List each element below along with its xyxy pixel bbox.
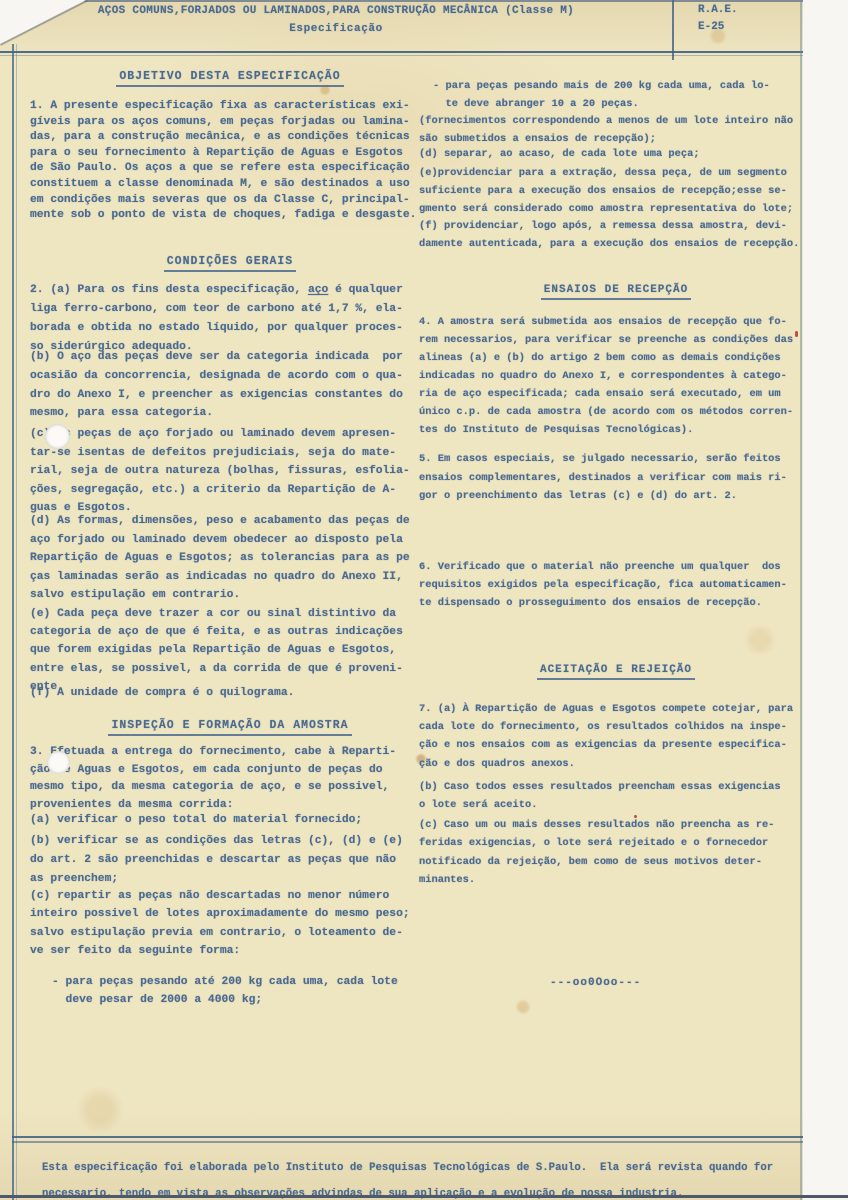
heading-underline: OBJETIVO DESTA ESPECIFICAÇÃO bbox=[116, 70, 343, 87]
paragraph-3e: (e)providenciar para a extração, dessa p… bbox=[419, 165, 811, 218]
lot-rule-item-2: - para peças pesando mais de 200 kg cada… bbox=[433, 78, 825, 113]
paragraph-3f: (f) providenciar, logo após, a remessa d… bbox=[419, 218, 811, 253]
document-subtitle: Especificação bbox=[0, 23, 672, 35]
paragraph-3d: (d) separar, ao acaso, de cada lote uma … bbox=[419, 148, 811, 160]
paragraph-3: 3. Efetuada a entrega do fornecimento, c… bbox=[30, 744, 430, 814]
paragraph-2a-pre: 2. (a) Para os fins desta especificação, bbox=[30, 284, 308, 296]
paragraph-2f: (f) A unidade de compra é o quilograma. bbox=[30, 687, 430, 699]
reference-code-number: E-25 bbox=[698, 21, 724, 33]
heading-underline: CONDIÇÕES GERAIS bbox=[164, 255, 296, 272]
section-heading-aceitacao: ACEITAÇÃO E REJEIÇÃO bbox=[420, 664, 812, 676]
paragraph-3c: (c) repartir as peças não descartadas no… bbox=[30, 887, 430, 961]
lot-rule-item-1: - para peças pesando até 200 kg cada uma… bbox=[52, 973, 452, 1009]
paragraph-4: 4. A amostra será submetida aos ensaios … bbox=[419, 313, 811, 439]
header-rule bbox=[0, 51, 803, 53]
section-heading-ensaios: ENSAIOS DE RECEPÇÃO bbox=[420, 284, 812, 296]
section-heading-objetivo: OBJETIVO DESTA ESPECIFICAÇÃO bbox=[30, 70, 430, 83]
paragraph-3b: (b) verificar se as condições das letras… bbox=[30, 832, 430, 888]
paragraph-2d: (d) As formas, dimensões, peso e acabame… bbox=[30, 512, 430, 605]
footer-rule-bottom bbox=[12, 1141, 803, 1143]
paragraph-6: 6. Verificado que o material não preench… bbox=[419, 558, 811, 612]
paragraph-2c: (c) As peças de aço forjado ou laminado … bbox=[30, 425, 430, 518]
footer-note: Esta especificação foi elaborada pelo In… bbox=[42, 1155, 773, 1200]
paragraph-2b: (b) O aço das peças deve ser da categori… bbox=[30, 348, 430, 423]
paragraph-fornecimentos: (fornecimentos correspondendo a menos de… bbox=[419, 113, 811, 148]
paragraph-5: 5. Em casos especiais, se julgado necess… bbox=[419, 450, 811, 506]
paragraph-7a: 7. (a) À Repartição de Aguas e Esgotos c… bbox=[419, 700, 811, 773]
heading-underline: ACEITAÇÃO E REJEIÇÃO bbox=[537, 664, 695, 680]
header-rule-echo bbox=[0, 55, 803, 56]
punch-hole bbox=[47, 751, 70, 774]
paragraph-7b: (b) Caso todos esses resultados preencha… bbox=[419, 779, 811, 814]
document-title: AÇOS COMUNS,FORJADOS OU LAMINADOS,PARA C… bbox=[0, 5, 672, 17]
underlined-term-aco: aço bbox=[308, 284, 328, 296]
section-heading-inspecao: INSPEÇÃO E FORMAÇÃO DA AMOSTRA bbox=[30, 719, 430, 732]
paragraph-1: 1. A presente especificação fixa as cara… bbox=[30, 99, 430, 224]
ink-speck bbox=[795, 331, 798, 337]
footer-rule-top bbox=[12, 1136, 803, 1138]
reference-code-rae: R.A.E. bbox=[698, 4, 738, 16]
punch-hole bbox=[45, 424, 70, 449]
paragraph-7c: (c) Caso um ou mais desses resultados nã… bbox=[419, 816, 811, 890]
paragraph-2a: 2. (a) Para os fins desta especificação,… bbox=[30, 281, 430, 357]
heading-underline: ENSAIOS DE RECEPÇÃO bbox=[541, 284, 691, 300]
end-divider: ---oo0Ooo--- bbox=[550, 977, 641, 989]
scanned-specification-page: { "colors": { "paper": "#eee5c1", "ink":… bbox=[0, 0, 848, 1200]
heading-underline: INSPEÇÃO E FORMAÇÃO DA AMOSTRA bbox=[108, 719, 351, 736]
scan-bottom-edge bbox=[0, 1195, 848, 1198]
ink-speck bbox=[634, 815, 637, 818]
paper-top-edge bbox=[84, 0, 803, 2]
paragraph-3a: (a) verificar o peso total do material f… bbox=[30, 814, 430, 826]
paragraph-2e: (e) Cada peça deve trazer a cor ou sinal… bbox=[30, 605, 430, 696]
section-heading-condicoes-gerais: CONDIÇÕES GERAIS bbox=[30, 255, 430, 268]
left-margin-rule-echo bbox=[16, 44, 17, 1200]
left-margin-rule bbox=[12, 44, 14, 1200]
paper-sheet: AÇOS COMUNS,FORJADOS OU LAMINADOS,PARA C… bbox=[0, 0, 803, 1200]
